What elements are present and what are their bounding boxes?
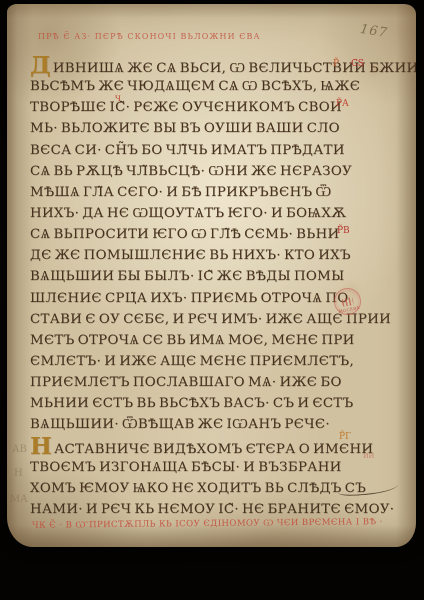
text-line: ємлєтъ· и ижє ащє мєнє приємлєтъ, xyxy=(30,351,366,372)
line-text: хомъ ѥмоу ѩко нє ходитъ вь слѣдъ съ xyxy=(30,481,366,496)
line-text: дє жє помышлєниє вь нихъ· кто ихъ xyxy=(30,248,351,263)
ammonian-section-number: р̃ xyxy=(333,59,339,69)
folio-number: 167 xyxy=(359,22,389,41)
line-text: сѧ вь рѫцѣ чл̃вьсцѣ· ѡни жє нєразоу xyxy=(30,164,352,179)
line-text: приємлєтъ пославшаго мѧ· ижє бо xyxy=(30,375,342,390)
text-line: вьсѣмъ жє чюдѧщєм сѧ ѡ всѣхъ, ѩжє xyxy=(30,76,366,97)
parchment-leaf: 167 прѣ є̃ аз· пєрѣ сконочі вьложни єва … xyxy=(7,4,416,547)
manuscript-photo: 167 прѣ є̃ аз· пєрѣ сконочі вьложни єва … xyxy=(0,0,424,600)
line-text: шлєниє срц̃а ихъ· приємь отрочѧ по xyxy=(30,291,349,306)
line-text: мєтъ отрочѧ сє вь имѧ моє, мєнє при xyxy=(30,333,355,348)
line-text: мѣшѧ гл̃а сєго· и бѣ прикръвєнъ ѿ xyxy=(30,185,331,200)
ghost-letters: ма xyxy=(10,494,28,505)
text-line: мьнии єстъ вь вьсѣхъ васъ· съ и єстъ xyxy=(30,393,366,414)
eusebian-canon-number: с̃ѕ xyxy=(351,59,364,69)
line-text: вьсѣмъ жє чюдѧщєм сѧ ѡ всѣхъ, ѩжє xyxy=(30,79,360,94)
text-line: мѣшѧ гл̃а сєго· и бѣ прикръвєнъ ѿ xyxy=(30,182,366,203)
text-line: приємлєтъ пославшаго мѧ· ижє бо xyxy=(30,372,366,393)
line-text: мь· вьложитє вы въ оуши ваши сло xyxy=(30,121,340,136)
ammonian-section-number: р̃в xyxy=(337,226,350,236)
text-line: наставничє видѣхомъ єтєра о имєни xyxy=(30,436,366,457)
text-line: сѧ вь рѫцѣ чл̃вьсцѣ· ѡни жє нєразоу xyxy=(30,161,366,182)
line-text: нами· и рєч кь нємоу іс̃· нє бранитє ємо… xyxy=(30,502,394,517)
text-line: мєтъ отрочѧ сє вь имѧ моє, мєнє при xyxy=(30,330,366,351)
line-text: стави є оу сєбє, и рєч имъ· ижє ащє прии xyxy=(30,312,391,327)
line-text: сѧ вьпросити ѥго ѡ гл̃ѣ сємь· Вьни xyxy=(30,227,340,242)
line-text: вѧщьшии бы былъ· іс̃ жє вѣды помы xyxy=(30,269,345,284)
line-text: твоємъ изгонѧща бѣсы· и възбрани xyxy=(30,460,342,475)
text-line: сѧ вьпросити ѥго ѡ гл̃ѣ сємь· Вьни xyxy=(30,224,366,245)
ghost-letters: ав xyxy=(12,444,27,455)
text-line: хомъ ѥмоу ѩко нє ходитъ вь слѣдъ съ xyxy=(30,478,366,499)
text-block: дивнишѧ жє сѧ вьси, ѡ вєличьствии бжии: … xyxy=(30,55,366,520)
text-line: дивнишѧ жє сѧ вьси, ѡ вєличьствии бжии: xyxy=(30,55,366,76)
text-line: мь· вьложитє вы въ оуши ваши сло xyxy=(30,118,366,139)
line-text: вѧщьшии· ѿвѣщав жє іѡанъ рєчє· xyxy=(30,417,330,432)
ammonian-section-number: р̃г xyxy=(339,432,351,442)
text-line: вѧщьшии бы былъ· іс̃ жє вѣды помы xyxy=(30,266,366,287)
line-text: аставничє видѣхомъ єтєра о имєни xyxy=(54,442,373,457)
line-text: мьнии єстъ вь вьсѣхъ васъ· съ и єстъ xyxy=(30,396,354,411)
line-text: ємлєтъ· и ижє ащє мєнє приємлєтъ, xyxy=(30,354,354,369)
line-text: нихъ· да нє ѡщоутѧтъ ѥго· и боѩхѫ xyxy=(30,206,347,221)
top-rubric: прѣ є̃ аз· пєрѣ сконочі вьложни єва xyxy=(38,32,261,41)
illuminated-initial: д xyxy=(30,56,51,76)
text-line: стави є оу сєбє, и рєч имъ· ижє ащє прии xyxy=(30,309,366,330)
text-line: вєса си· сн̃ъ бо чл̃чь иматъ прѣдати xyxy=(30,140,366,161)
ammonian-section-number: р̃а xyxy=(336,99,349,109)
text-line: шлєниє срц̃а ихъ· приємь отрочѧ по xyxy=(30,288,366,309)
illuminated-initial: н xyxy=(30,437,52,457)
text-line: твоємъ изгонѧща бѣсы· и възбрани xyxy=(30,457,366,478)
ghost-letters: н xyxy=(14,468,23,479)
text-line: вѧщьшии· ѿвѣщав жє іѡанъ рєчє· xyxy=(30,414,366,435)
line-text: творѣшє іс̃· рєжє оучєникомъ свои xyxy=(30,100,342,115)
faint-margin-mark: ии xyxy=(363,452,374,460)
line-text: вєса си· сн̃ъ бо чл̃чь иматъ прѣдати xyxy=(30,143,345,158)
text-line: нихъ· да нє ѡщоутѧтъ ѥго· и боѩхѫ xyxy=(30,203,366,224)
pen-flourish xyxy=(338,484,398,496)
text-line: дє жє помышлєниє вь нихъ· кто ихъ xyxy=(30,245,366,266)
text-line: творѣшє іс̃· рєжє оучєникомъ свои xyxy=(30,97,366,118)
bottom-rubric: чк є̃ · в ѡ̃ пристѫпль кь ісоу єдіномоу … xyxy=(32,516,383,531)
